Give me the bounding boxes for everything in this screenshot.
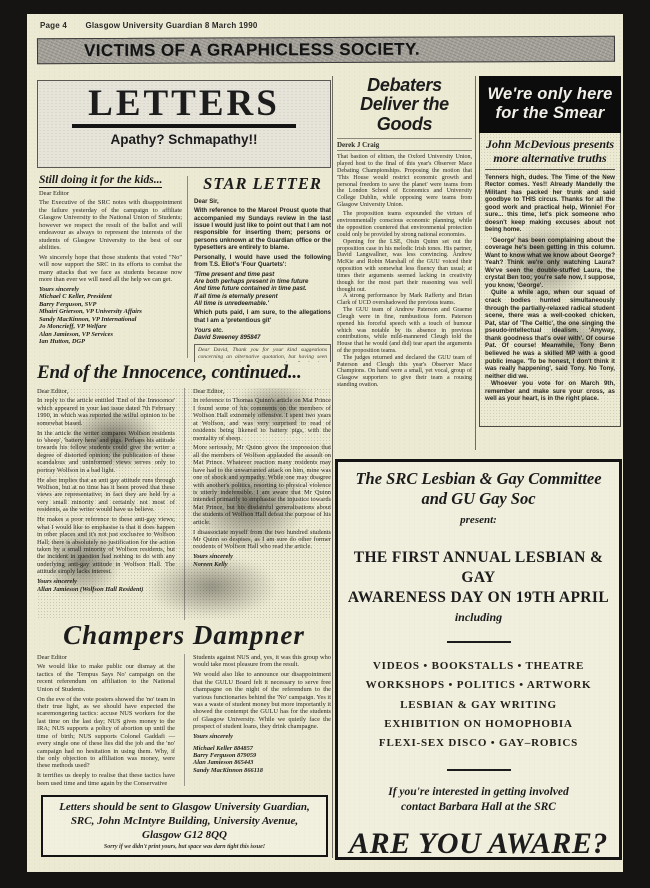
quote-line: All time is unredeemable.': [194, 300, 331, 307]
article-paragraph: That bastion of elitism, the Oxford Univ…: [337, 154, 472, 209]
letter-innocence-heading: End of the Innocence, continued...: [37, 362, 331, 384]
divider-rule: [447, 641, 511, 643]
address-line: SRC, John McIntyre Building, University …: [43, 815, 326, 829]
letter-kids-body: Dear Editor The Executive of the SRC not…: [39, 190, 182, 345]
article-paragraph: The Executive of the SRC notes with disa…: [39, 199, 182, 251]
letter-innocence: End of the Innocence, continued... Dear …: [37, 362, 331, 620]
article-paragraph: In reference to Thomas Quinn's article o…: [193, 397, 331, 442]
awareness-event: LESBIAN & GAY WRITING: [338, 696, 619, 715]
article-debaters-body: That bastion of elitism, the Oxford Univ…: [337, 154, 472, 389]
innocence-left-column: Dear Editor, In reply to the article ent…: [37, 388, 175, 620]
masthead: Glasgow University Guardian 8 March 1990: [85, 21, 257, 30]
article-paragraph: I disassociate myself from the two hundr…: [193, 529, 331, 551]
article-paragraph: Which puts paid, I am sure, to the alleg…: [194, 309, 331, 324]
article-paragraph: He also implies that an anti gay attitud…: [37, 477, 175, 514]
article-paragraph: It terrifies us deeply to realise that t…: [37, 772, 175, 786]
quote-line: If all time is eternally present: [194, 293, 331, 300]
signature-line: David Sweeney 895847: [194, 334, 331, 341]
editor-reply-box: Dear David, Thank you for your kind sugg…: [194, 344, 331, 362]
quote-line: 'Time present and time past: [194, 271, 331, 278]
article-paragraph: The judges returned and declared the GUU…: [337, 355, 472, 389]
address-note: Sorry if we didn't print yours, but spac…: [43, 844, 326, 850]
awareness-event: EXHIBITION ON HOMOPHOBIA: [338, 715, 619, 734]
letters-header: LETTERS Apathy? Schmapathy!!: [37, 80, 331, 168]
divider-rule: [447, 769, 511, 771]
salutation: Dear Editor: [39, 190, 182, 197]
awareness-including: including: [338, 610, 619, 625]
article-debaters-heading: Debaters Deliver the Goods: [337, 76, 472, 134]
closing: Yours sincerely: [37, 578, 175, 585]
article-paragraph: He makes a poor reference to these anti-…: [37, 516, 175, 575]
letter-champers-body: Dear Editor We would like to make public…: [37, 654, 331, 786]
signature-line: Ian Hutton, DGP: [39, 338, 182, 345]
signature-line: Jo Moncrieff, VP Welfare: [39, 323, 182, 330]
star-letter: STAR LETTER Dear Sir, With reference to …: [194, 174, 331, 362]
awareness-event: WORKSHOPS • POLITICS • ARTWORK: [338, 676, 619, 695]
section-banner: VICTIMS OF A GRAPHICLESS SOCIETY.: [37, 36, 615, 65]
closing: Yours sincerely: [193, 553, 331, 560]
article-debaters: Debaters Deliver the Goods Derek J Craig…: [337, 76, 472, 452]
salutation: Dear Editor,: [193, 388, 331, 395]
page-number: Page 4: [40, 21, 67, 30]
article-paragraph: Personally, I would have used the follow…: [194, 254, 331, 269]
awareness-ad: The SRC Lesbian & Gay Committee and GU G…: [335, 459, 622, 860]
innocence-right-column: Dear Editor, In reference to Thomas Quin…: [184, 388, 331, 620]
salutation: Dear Editor: [37, 654, 175, 661]
article-paragraph: The GUU team of Andrew Paterson and Grae…: [337, 307, 472, 355]
awareness-contact-line: contact Barbara Hall at the SRC: [338, 800, 619, 815]
signature-line: Sandy MacKinnon, VP International: [39, 316, 182, 323]
smear-title-box: We're only here for the Smear: [479, 76, 621, 133]
letter-champers-heading: Champers Dampner: [37, 622, 331, 649]
page-header: Page 4 Glasgow University Guardian 8 Mar…: [40, 21, 258, 30]
signature-line: Barry Ferguson 879059: [193, 752, 331, 759]
closing: Yours etc.: [194, 327, 331, 334]
article-paragraph: On the eve of the vote posters showed th…: [37, 696, 175, 770]
address-line: Glasgow G12 8QQ: [43, 829, 326, 843]
signature-line: Michael Keller 884857: [193, 745, 331, 752]
closing: Yours sincerely: [39, 286, 182, 293]
article-paragraph: With reference to the Marcel Proust quot…: [194, 207, 331, 251]
byline: Derek J Craig: [337, 138, 472, 151]
awareness-contact: If you're interested in getting involved…: [338, 785, 619, 815]
letter-innocence-body: Dear Editor, In reply to the article ent…: [37, 388, 331, 620]
quote-line: Are both perhaps present in time future: [194, 278, 331, 285]
awareness-contact-line: If you're interested in getting involved: [338, 785, 619, 800]
article-paragraph: Tenners high, dudes. The Time of the New…: [485, 174, 615, 235]
column-smear: We're only here for the Smear John McDev…: [479, 76, 621, 452]
letters-subtitle: Apathy? Schmapathy!!: [38, 132, 330, 147]
quote-line: And time future contained in time past.: [194, 285, 331, 292]
article-paragraph: We would also like to announce our disap…: [193, 671, 331, 730]
letter-kids-heading: Still doing it for the kids...: [39, 174, 182, 186]
column-divider: [475, 76, 476, 450]
article-paragraph: We sincerely hope that those students th…: [39, 254, 182, 284]
awareness-org: and GU Gay Soc: [338, 489, 619, 509]
awareness-present: present:: [338, 514, 619, 526]
awareness-org: The SRC Lesbian & Gay Committee: [338, 469, 619, 489]
star-letter-body: Dear Sir, With reference to the Marcel P…: [194, 198, 331, 341]
smear-heading: John McDevious presents more alternative…: [485, 138, 615, 170]
champers-right-column: Students against NUS and, yes, it was th…: [184, 654, 331, 786]
salutation: Dear Sir,: [194, 198, 331, 205]
signature-line: Noreen Kelly: [193, 561, 331, 568]
signature-line: Barry Ferguson, SVP: [39, 301, 182, 308]
article-paragraph: The proposition teams expounded the virt…: [337, 211, 472, 238]
awareness-event: VIDEOS • BOOKSTALLS • THEATRE: [338, 657, 619, 676]
letter-champers: Champers Dampner Dear Editor We would li…: [37, 622, 331, 786]
signature-line: Alan Jamieson 865443: [193, 759, 331, 766]
poem-quote: 'Time present and time past Are both per…: [194, 271, 331, 308]
article-paragraph: 'George' has been complaining about the …: [485, 237, 615, 290]
article-paragraph: Opening for the LSE, Oisin Quinn set out…: [337, 239, 472, 294]
awareness-slogan: ARE YOU AWARE?: [338, 827, 619, 861]
address-line: Letters should be sent to Glasgow Univer…: [43, 801, 326, 815]
champers-left-column: Dear Editor We would like to make public…: [37, 654, 175, 786]
letters-address-box: Letters should be sent to Glasgow Univer…: [41, 795, 328, 857]
awareness-title-line: AWARENESS DAY ON 19TH APRIL: [338, 588, 619, 608]
awareness-title: THE FIRST ANNUAL LESBIAN & GAY AWARENESS…: [338, 548, 619, 608]
newspaper-page: Page 4 Glasgow University Guardian 8 Mar…: [27, 14, 623, 872]
article-paragraph: A strong performance by Mark Rafferty an…: [337, 293, 472, 307]
article-paragraph: Whoever you vote for on March 9th, remem…: [485, 380, 615, 403]
letters-title: LETTERS: [72, 85, 296, 128]
article-paragraph: In the article the writer compares Wolfs…: [37, 430, 175, 475]
smear-body: John McDevious presents more alternative…: [479, 133, 621, 427]
article-paragraph: Quite a while ago, when our squad of cra…: [485, 289, 615, 380]
signature-line: Alan Jamieson, VP Services: [39, 331, 182, 338]
smear-text: Tenners high, dudes. The Time of the New…: [485, 174, 615, 403]
column-divider: [187, 176, 188, 358]
letter-kids: Still doing it for the kids... Dear Edit…: [39, 174, 182, 358]
signature-line: Michael C Keller, President: [39, 293, 182, 300]
article-paragraph: In reply to the article entitled 'End of…: [37, 397, 175, 427]
article-paragraph: Students against NUS and, yes, it was th…: [193, 654, 331, 669]
signature-line: Mhairi Grierson, VP University Affairs: [39, 308, 182, 315]
signature-line: Sandy MacKinnon 866118: [193, 767, 331, 774]
awareness-event: FLEXI-SEX DISCO • GAY–ROBICS: [338, 734, 619, 753]
signature-line: Allan Jamieson (Wolfson Hall Resident): [37, 586, 175, 593]
column-divider: [332, 76, 333, 858]
closing: Yours sincerely: [193, 733, 331, 740]
salutation: Dear Editor,: [37, 388, 175, 395]
awareness-title-line: THE FIRST ANNUAL LESBIAN & GAY: [338, 548, 619, 588]
article-paragraph: We would like to make public our dismay …: [37, 663, 175, 693]
article-paragraph: More seriously, Mr Quinn gives the impre…: [193, 444, 331, 526]
star-letter-heading: STAR LETTER: [194, 174, 331, 194]
